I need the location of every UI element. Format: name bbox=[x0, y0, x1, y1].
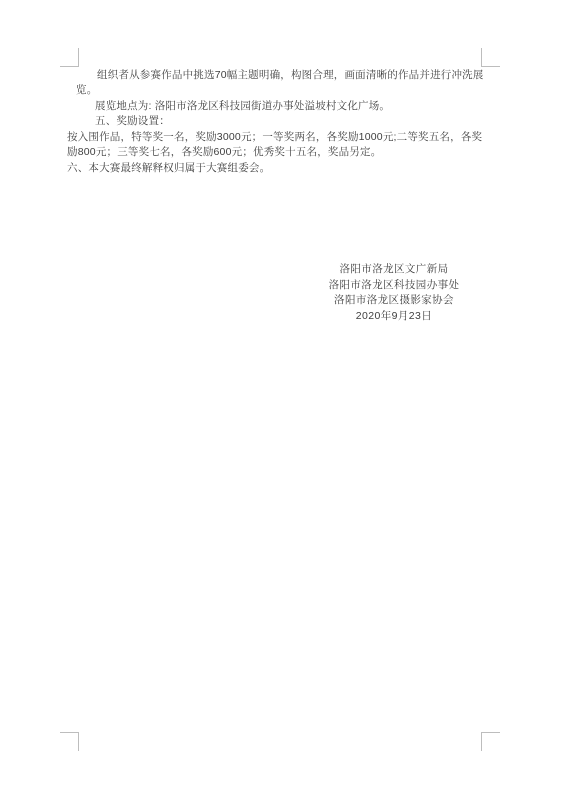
margin-crop-mark-bottom-left bbox=[60, 732, 79, 751]
body-line: 组织者从参赛作品中挑选70幅主题明确，构图合理，画面清晰的作品并进行冲洗展 bbox=[0, 68, 566, 84]
body-line: 六、本大赛最终解释权归属于大赛组委会。 bbox=[0, 161, 566, 177]
signature-block: 洛阳市洛龙区文广新局 洛阳市洛龙区科技园办事处 洛阳市洛龙区摄影家协会 2020… bbox=[304, 262, 484, 324]
signature-org-line: 洛阳市洛龙区科技园办事处 bbox=[304, 278, 484, 294]
document-body: 组织者从参赛作品中挑选70幅主题明确，构图合理，画面清晰的作品并进行冲洗展 览。… bbox=[0, 68, 566, 177]
body-line: 展览地点为: 洛阳市洛龙区科技园街道办事处溢坡村文化广场。 bbox=[0, 99, 566, 115]
signature-org-line: 洛阳市洛龙区文广新局 bbox=[304, 262, 484, 278]
margin-crop-mark-top-right bbox=[481, 48, 500, 67]
margin-crop-mark-bottom-right bbox=[481, 732, 500, 751]
body-line: 五、奖励设置： bbox=[0, 114, 566, 130]
signature-org-line: 洛阳市洛龙区摄影家协会 bbox=[304, 293, 484, 309]
document-page: 组织者从参赛作品中挑选70幅主题明确，构图合理，画面清晰的作品并进行冲洗展 览。… bbox=[0, 0, 566, 800]
body-line: 按入围作品，特等奖一名，奖励3000元；一等奖两名，各奖励1000元;二等奖五名… bbox=[0, 130, 566, 146]
body-line: 览。 bbox=[0, 83, 566, 99]
margin-crop-mark-top-left bbox=[60, 48, 79, 67]
body-line: 励800元；三等奖七名，各奖励600元；优秀奖十五名，奖品另定。 bbox=[0, 145, 566, 161]
signature-date: 2020年9月23日 bbox=[304, 309, 484, 325]
